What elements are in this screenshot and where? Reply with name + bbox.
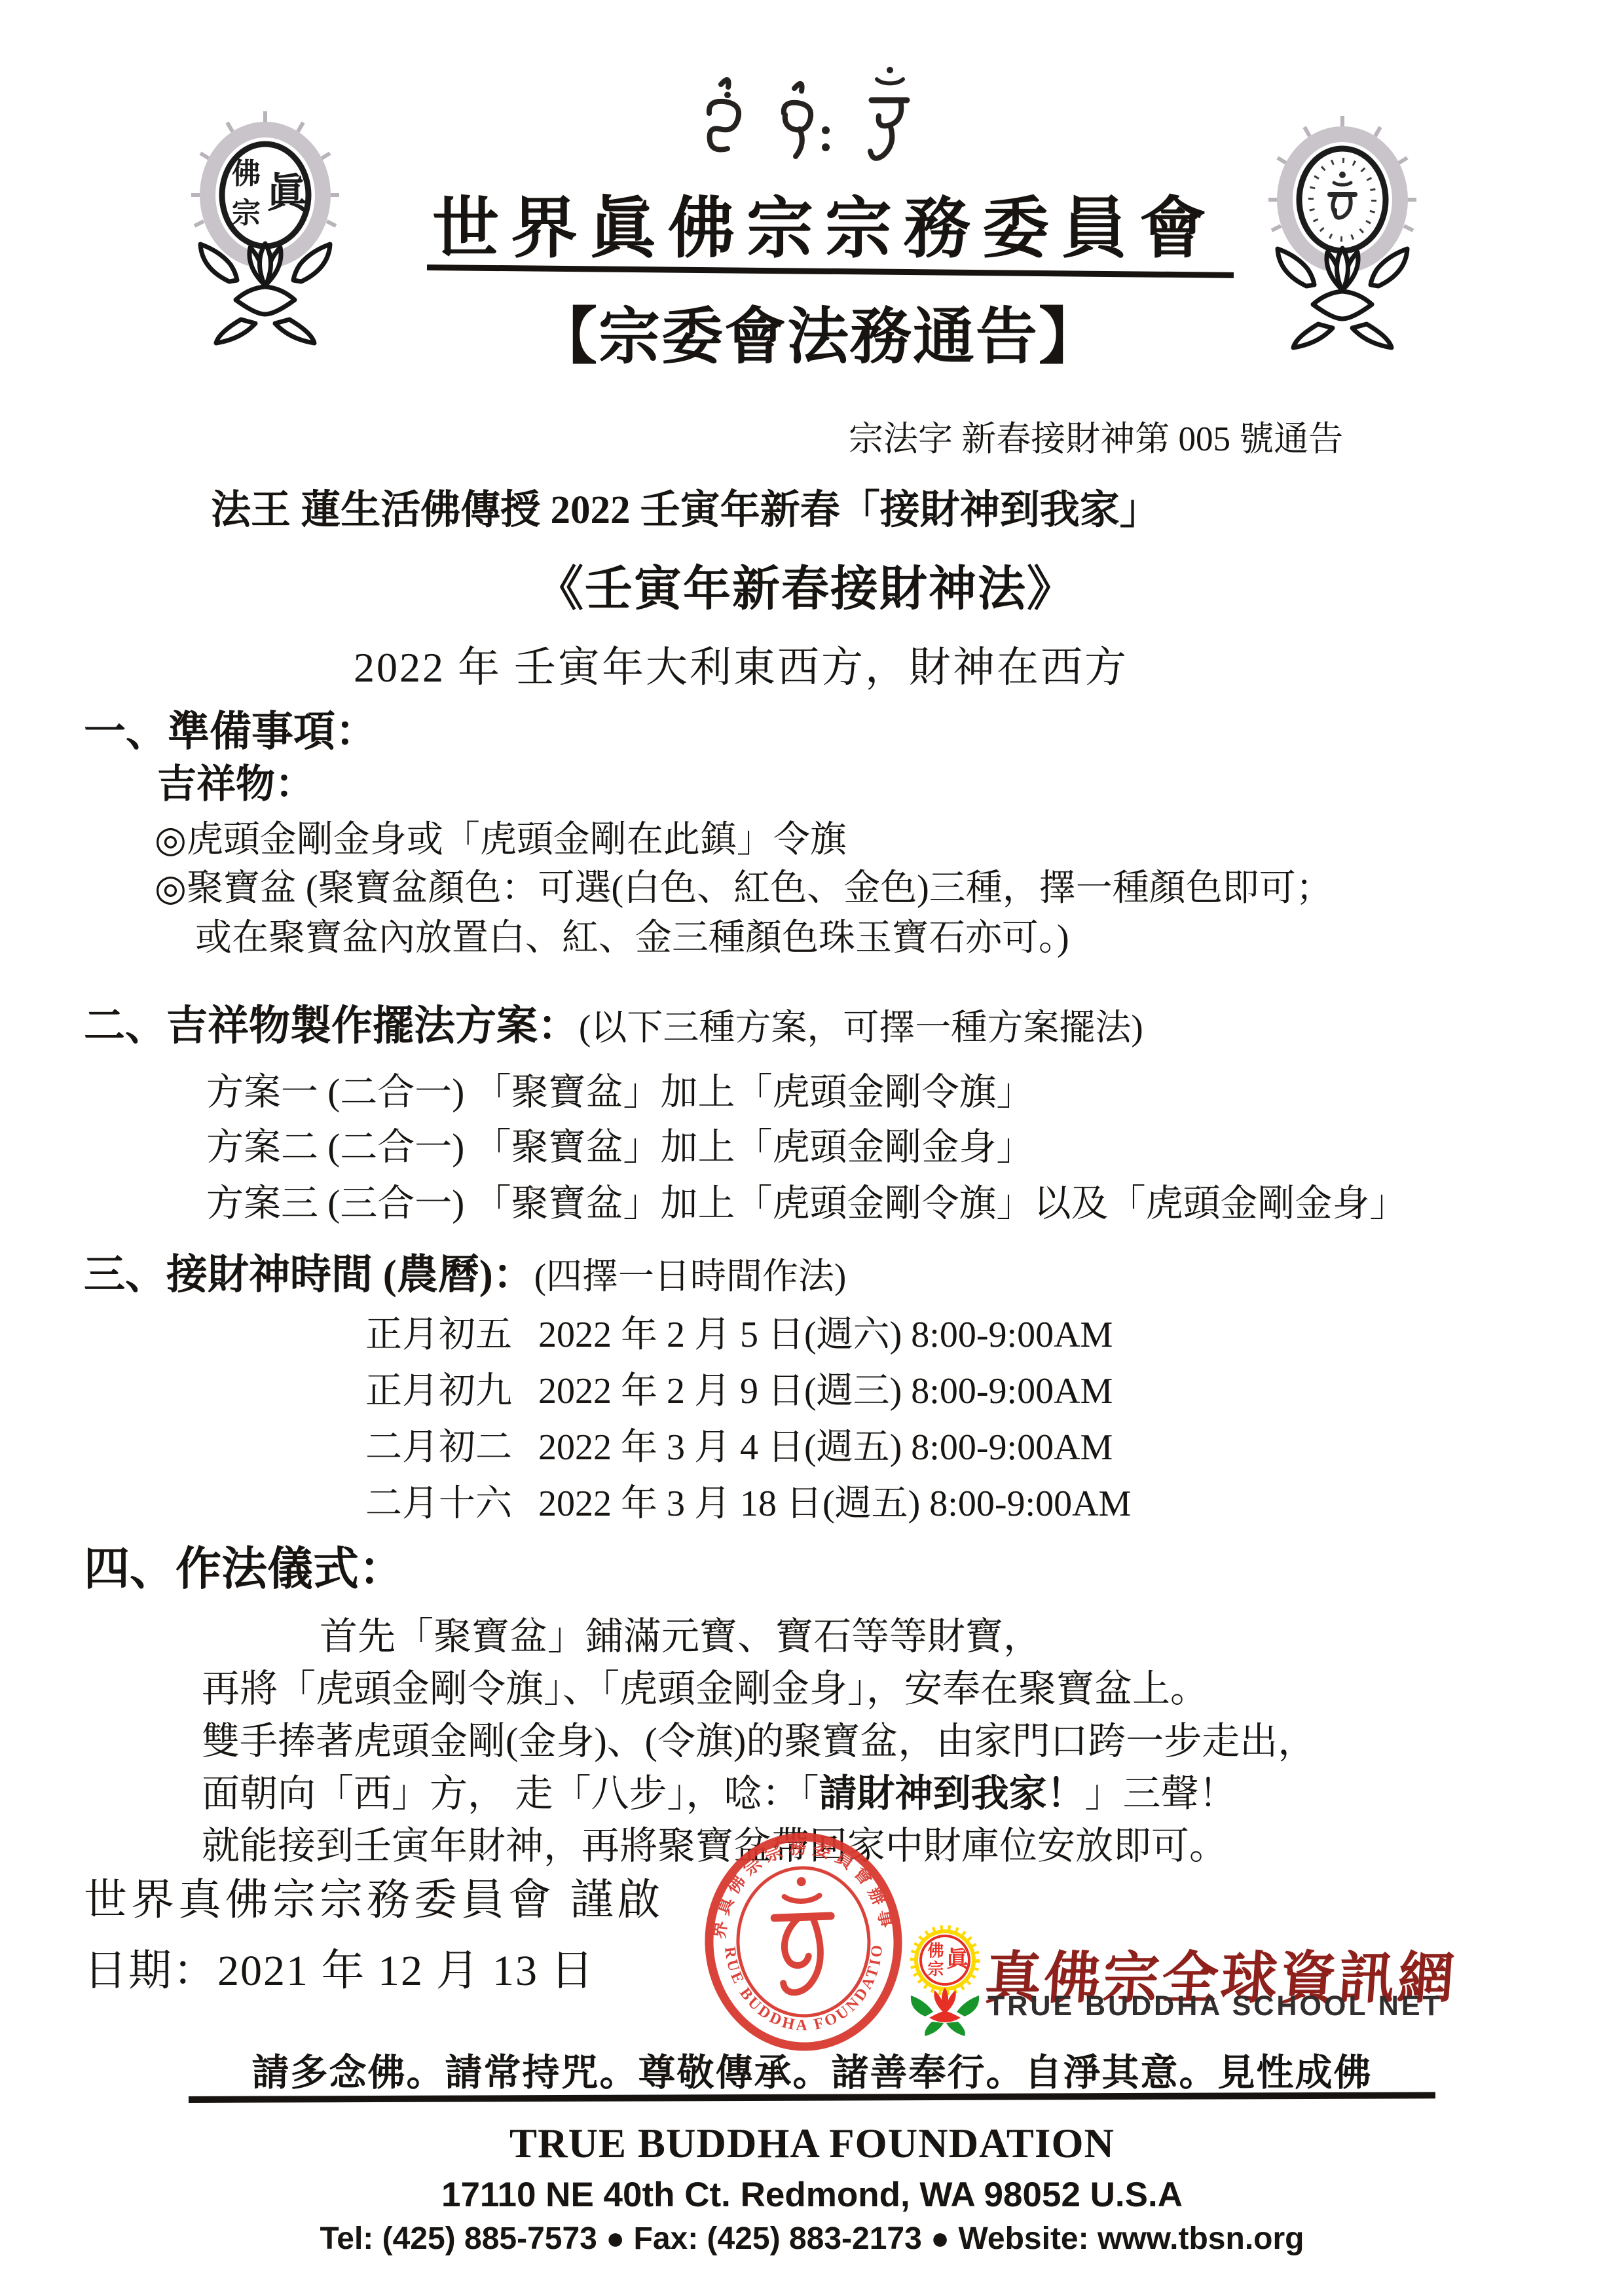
gregorian-datetime: 2022 年 3 月 4 日(週五) 8:00-9:00AM	[538, 1418, 1113, 1470]
section1-heading: 一、準備事項：	[84, 698, 377, 758]
footer-contact: Tel: (425) 885-7573 ● Fax: (425) 883-217…	[0, 2221, 1624, 2257]
lunar-date: 正月初九	[365, 1362, 512, 1414]
schedule-row: 二月初二 2022 年 3 月 4 日(週五) 8:00-9:00AM	[365, 1418, 1113, 1470]
dharma-title: 《壬寅年新春接財神法》	[536, 550, 1076, 619]
plan-option-2: 方案二 (二合一) 「聚寶盆」加上「虎頭金剛金身」	[206, 1117, 1033, 1171]
ritual-step-1: 首先「聚寶盆」鋪滿元寶、寶石等等財寶，	[320, 1605, 1041, 1660]
section2-heading: 二、吉祥物製作擺法方案：	[84, 1003, 579, 1049]
signature-line: 世界真佛宗宗務委員會 謹啟	[84, 1865, 665, 1927]
seal-seed-syllable-icon	[773, 1876, 834, 1994]
gregorian-datetime: 2022 年 3 月 18 日(週五) 8:00-9:00AM	[538, 1474, 1131, 1527]
section3-note: (四擇一日時間作法)	[534, 1256, 847, 1296]
emblem-char-fo: 佛	[232, 158, 261, 190]
ritual-invocation: 請財神到我家！	[819, 1772, 1085, 1815]
org-title: 世界眞佛宗宗務委員會	[432, 175, 1218, 271]
ritual-step-4: 面朝向「西」方， 走「八步」，唸：「請財神到我家！」三聲！	[202, 1762, 1237, 1817]
tbsn-subtitle: TRUE BUDDHA SCHOOL NET	[987, 1990, 1443, 2022]
schedule-row: 正月初九 2022 年 2 月 9 日(週三) 8:00-9:00AM	[365, 1362, 1113, 1414]
ritual-step-2: 再將「虎頭金剛令旗」、「虎頭金剛金身」，安奉在聚寶盆上。	[202, 1658, 1208, 1713]
true-buddha-foundation-seal: 世界真佛宗宗務委員會辦事處 TRUE BUDDHA FOUNDATION	[698, 1827, 910, 2058]
badge-char-fo: 佛	[927, 1942, 944, 1960]
schedule-row: 正月初五 2022 年 2 月 5 日(週六) 8:00-9:00AM	[365, 1305, 1113, 1358]
footer-motto: 請多念佛。請常持咒。尊敬傳承。諸善奉行。自淨其意。見性成佛	[0, 2043, 1624, 2096]
badge-char-zhen: 眞	[946, 1947, 970, 1972]
footer-address: 17110 NE 40th Ct. Redmond, WA 98052 U.S.…	[0, 2175, 1624, 2215]
reference-number-line: 宗法字 新春接財神第 005 號通告	[849, 411, 1343, 461]
true-buddha-school-emblem: 佛 眞 宗	[190, 110, 341, 346]
tibetan-seed-syllables-icon	[691, 62, 946, 177]
section2-note: (以下三種方案，可擇一種方案擺法)	[579, 1008, 1143, 1048]
year-direction-line: 2022 年 壬寅年大利東西方，財神在西方	[354, 634, 1128, 694]
tbsn-badge-icon: 佛 眞 宗	[906, 1922, 986, 2037]
auspicious-item-2: ◎聚寶盆 (聚寶盆顏色：可選(白色、紅色、金色)三種，擇一種顏色即可；	[155, 859, 1333, 911]
lunar-date: 正月初五	[365, 1305, 512, 1358]
section4-heading: 四、作法儀式：	[84, 1532, 405, 1598]
tibetan-glyphs	[709, 67, 907, 158]
notice-document-page: 佛 眞 宗	[0, 0, 1624, 2296]
lotus-flower	[1278, 248, 1407, 348]
lunar-date: 二月初二	[365, 1418, 512, 1470]
date-line: 日期：2021 年 12 月 13 日	[84, 1935, 595, 1997]
badge-lotus	[911, 1988, 979, 2036]
auspicious-item-1: ◎虎頭金剛金身或「虎頭金剛在此鎮」令旗	[155, 811, 847, 863]
lotus-flower	[200, 244, 330, 343]
ritual-step-4-pre: 面朝向「西」方， 走「八步」，唸：「	[202, 1772, 819, 1815]
gregorian-datetime: 2022 年 2 月 9 日(週三) 8:00-9:00AM	[538, 1362, 1113, 1414]
transmission-title: 法王 蓮生活佛傳授 2022 壬寅年新春「接財神到我家」	[211, 478, 1160, 535]
ritual-step-3: 雙手捧著虎頭金剛(金身)、(令旗)的聚寶盆，由家門口跨一步走出，	[202, 1710, 1316, 1765]
emblem-char-zhen: 眞	[267, 171, 309, 216]
guru-mirror-emblem	[1267, 115, 1418, 350]
plan-option-3: 方案三 (三合一) 「聚寶盆」加上「虎頭金剛令旗」以及「虎頭金剛金身」	[206, 1173, 1407, 1227]
plan-option-1: 方案一 (二合一) 「聚寶盆」加上「虎頭金剛令旗」	[206, 1062, 1033, 1116]
schedule-row: 二月十六 2022 年 3 月 18 日(週五) 8:00-9:00AM	[365, 1474, 1131, 1527]
emblem-char-zong: 宗	[232, 197, 261, 229]
lunar-date: 二月十六	[365, 1474, 512, 1527]
auspicious-item-2-cont: 或在聚寶盆內放置白、紅、金三種顏色珠玉寶石亦可。)	[195, 909, 1069, 961]
gregorian-datetime: 2022 年 2 月 5 日(週六) 8:00-9:00AM	[538, 1305, 1113, 1358]
section2-heading-line: 二、吉祥物製作擺法方案：(以下三種方案，可擇一種方案擺法)	[84, 993, 1143, 1052]
footer-org-name: TRUE BUDDHA FOUNDATION	[0, 2120, 1624, 2168]
section1-subheading: 吉祥物：	[157, 753, 314, 809]
section3-heading: 三、接財神時間 (農曆)：	[84, 1252, 534, 1298]
notice-banner: 【宗委會法務通告】	[536, 287, 1101, 375]
section3-heading-line: 三、接財神時間 (農曆)：(四擇一日時間作法)	[84, 1241, 846, 1301]
badge-char-zong: 宗	[927, 1960, 944, 1978]
ritual-step-4-post: 」三聲！	[1085, 1772, 1237, 1815]
